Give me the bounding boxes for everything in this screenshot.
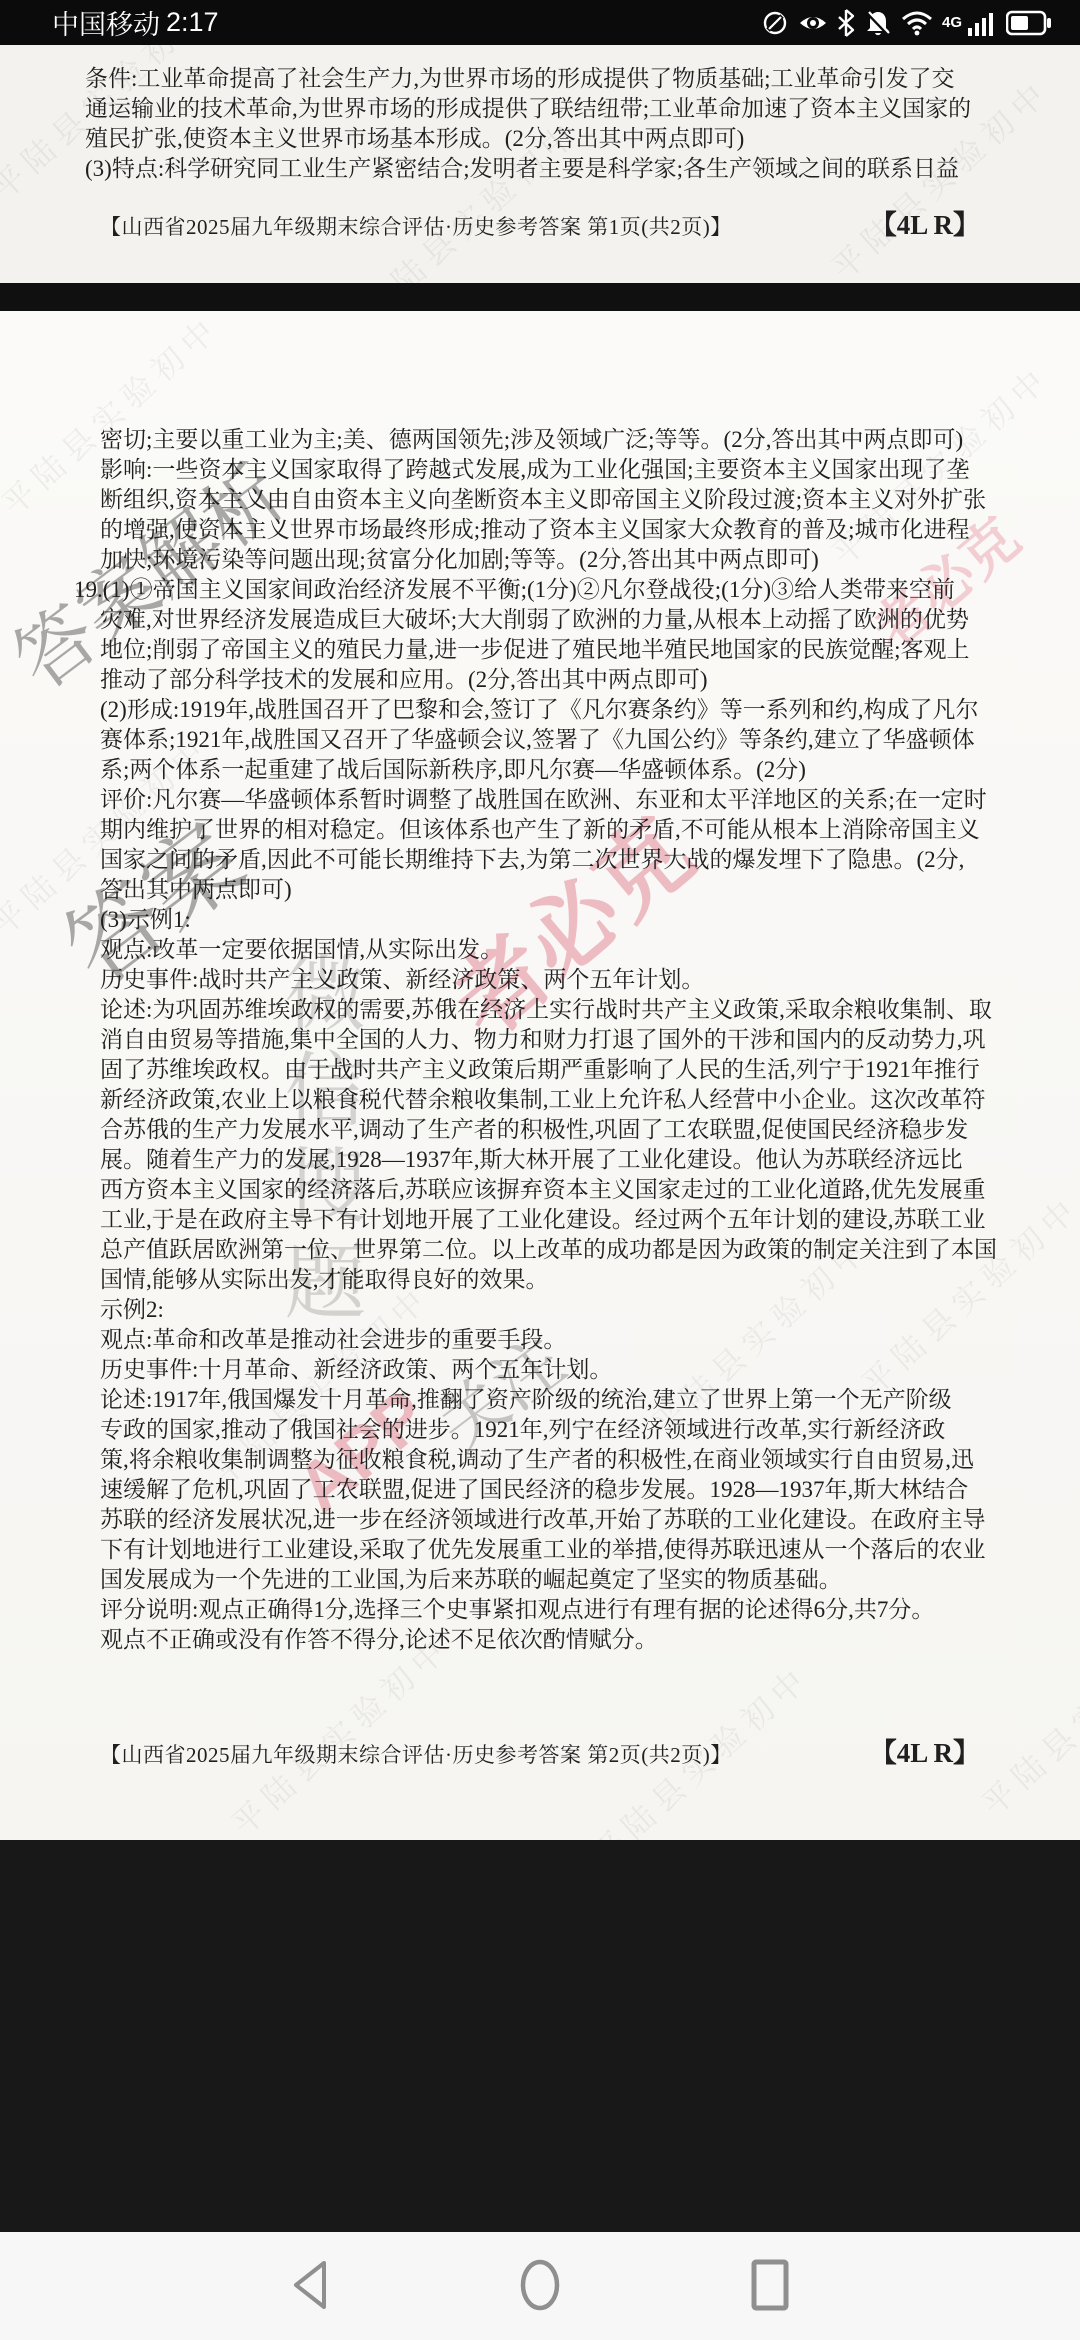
status-time: 2:17 [166, 7, 219, 38]
doc-line: 消自由贸易等措施,集中全国的人力、物力和财力打退了国外的干涉和国内的反动势力,巩 [100, 1025, 1080, 1055]
doc-line: 加快;环境污染等问题出现;贫富分化加剧;等等。(2分,答出其中两点即可) [100, 545, 1080, 575]
doc-line: 论述:为巩固苏维埃政权的需要,苏俄在经济上实行战时共产主义政策,采取余粮收集制、… [100, 995, 1080, 1025]
network-type-label: 4G [942, 14, 962, 31]
doc-line: 灾难,对世界经济发展造成巨大破坏;大大削弱了欧洲的力量,从根本上动摇了欧洲的优势 [100, 605, 1080, 635]
bluetooth-icon [837, 8, 855, 38]
answer-sheet-page2-photo[interactable]: 平陆县实验初中 平陆县实验初中 平陆县实验初中 平陆县实验初中 平陆县实验初中 … [0, 311, 1080, 1840]
page2-footer-code: 【4L R】 [870, 1731, 980, 1770]
page1-footer-title: 【山西省2025届九年级期末综合评估·历史参考答案 第1页(共2页)】 [100, 211, 732, 241]
letterbox [0, 1840, 1080, 2232]
doc-line: 速缓解了危机,巩固了工农联盟,促进了国民经济的稳步发展。1928—1937年,斯… [100, 1475, 1080, 1505]
doc-line: 国情,能够从实际出发,才能取得良好的效果。 [100, 1265, 1080, 1295]
doc-line: (2)形成:1919年,战胜国召开了巴黎和会,签订了《凡尔赛条约》等一系列和约,… [100, 695, 1080, 725]
eye-protection-icon [798, 9, 828, 37]
doc-line: 专政的国家,推动了俄国社会的进步。1921年,列宁在经济领域进行改革,实行新经济… [100, 1415, 1080, 1445]
wifi-icon [901, 9, 933, 37]
recents-icon [750, 2258, 790, 2315]
doc-line: 系;两个体系一起重建了战后国际新秩序,即凡尔赛—华盛顿体系。(2分) [100, 755, 1080, 785]
signal-bars-icon [967, 9, 997, 37]
doc-line: (3)示例1: [100, 905, 1080, 935]
answer-sheet-page1-photo[interactable]: 平陆县实验初中 平陆县实验初中 平陆县实验初中 条件:工业革命提高了社会生产力,… [0, 45, 1080, 283]
doc-line: 历史事件:十月革命、新经济政策、两个五年计划。 [100, 1355, 1080, 1385]
doc-line: 通运输业的技术革命,为世界市场的形成提供了联结纽带;工业革命加速了资本主义国家的 [85, 94, 1080, 124]
doc-line: 的增强,使资本主义世界市场最终形成;推动了资本主义国家大众教育的普及;城市化进程 [100, 515, 1080, 545]
doc-line: 答出其中两点即可) [100, 875, 1080, 905]
doc-line: 推动了部分科学技术的发展和应用。(2分,答出其中两点即可) [100, 665, 1080, 695]
doc-line-q19: 19.(1)①帝国主义国家间政治经济发展不平衡;(1分)②凡尔登战役;(1分)③… [74, 575, 1080, 605]
mute-icon [864, 9, 892, 37]
doc-line: 示例2: [100, 1295, 1080, 1325]
doc-line: 固了苏维埃政权。由于战时共产主义政策后期严重影响了人民的生活,列宁于1921年推… [100, 1055, 1080, 1085]
page2-footer-title: 【山西省2025届九年级期末综合评估·历史参考答案 第2页(共2页)】 [100, 1739, 732, 1769]
doc-line: 合苏俄的生产力发展水平,调动了生产者的积极性,巩固了工农联盟,促使国民经济稳步发 [100, 1115, 1080, 1145]
page-separator [0, 283, 1080, 311]
doc-line: 赛体系;1921年,战胜国又召开了华盛顿会议,签署了《九国公约》等条约,建立了华… [100, 725, 1080, 755]
page2-footer: 【山西省2025届九年级期末综合评估·历史参考答案 第2页(共2页)】 【4L … [0, 1731, 1080, 1770]
data-saver-icon [761, 9, 789, 37]
doc-line: 展。随着生产力的发展,1928—1937年,斯大林开展了工业化建设。他认为苏联经… [100, 1145, 1080, 1175]
doc-line: 观点:改革一定要依据国情,从实际出发。 [100, 935, 1080, 965]
doc-line: 殖民扩张,使资本主义世界市场基本形成。(2分,答出其中两点即可) [85, 124, 1080, 154]
doc-line: 国发展成为一个先进的工业国,为后来苏联的崛起奠定了坚实的物质基础。 [100, 1565, 1080, 1595]
doc-line: 断组织,资本主义由自由资本主义向垄断资本主义即帝国主义阶段过渡;资本主义对外扩张 [100, 485, 1080, 515]
page1-footer: 【山西省2025届九年级期末综合评估·历史参考答案 第1页(共2页)】 【4L … [0, 203, 1080, 242]
recents-button[interactable] [734, 2250, 806, 2322]
page1-footer-code: 【4L R】 [870, 203, 980, 242]
doc-line: 西方资本主义国家的经济落后,苏联应该摒弃资本主义国家走过的工业化道路,优先发展重 [100, 1175, 1080, 1205]
doc-line: 工业,于是在政府主导下有计划地开展了工业化建设。经过两个五年计划的建设,苏联工业 [100, 1205, 1080, 1235]
doc-line: 苏联的经济发展状况,进一步在经济领域进行改革,开始了苏联的工业化建设。在政府主导 [100, 1505, 1080, 1535]
page1-text-block: 条件:工业革命提高了社会生产力,为世界市场的形成提供了物质基础;工业革命引发了交… [0, 45, 1080, 184]
doc-line: 历史事件:战时共产主义政策、新经济政策、两个五年计划。 [100, 965, 1080, 995]
doc-line: 策,将余粮收集制调整为征收粮食税,调动了生产者的积极性,在商业领域实行自由贸易,… [100, 1445, 1080, 1475]
doc-line: 地位;削弱了帝国主义的殖民力量,进一步促进了殖民地半殖民地国家的民族觉醒;客观上 [100, 635, 1080, 665]
doc-line: 总产值跃居欧洲第一位、世界第二位。以上改革的成功都是因为政策的制定关注到了本国 [100, 1235, 1080, 1265]
doc-line: 观点不正确或没有作答不得分,论述不足依次酌情赋分。 [100, 1625, 1080, 1655]
doc-line: 评分说明:观点正确得1分,选择三个史事紧扣观点进行有理有据的论述得6分,共7分。 [100, 1595, 1080, 1625]
doc-line: (3)特点:科学研究同工业生产紧密结合;发明者主要是科学家;各生产领域之间的联系… [85, 154, 1080, 184]
page2-text-block: 密切;主要以重工业为主;美、德两国领先;涉及领域广泛;等等。(2分,答出其中两点… [0, 311, 1080, 1655]
doc-line: 新经济政策,农业上以粮食税代替余粮收集制,工业上允许私人经营中小企业。这次改革符 [100, 1085, 1080, 1115]
home-icon [518, 2258, 562, 2315]
battery-icon [1006, 9, 1052, 37]
doc-line: 密切;主要以重工业为主;美、德两国领先;涉及领域广泛;等等。(2分,答出其中两点… [100, 425, 1080, 455]
doc-line: 影响:一些资本主义国家取得了跨越式发展,成为工业化强国;主要资本主义国家出现了垄 [100, 455, 1080, 485]
doc-line: 下有计划地进行工业建设,采取了优先发展重工业的举措,使得苏联迅速从一个落后的农业 [100, 1535, 1080, 1565]
doc-line: 观点:革命和改革是推动社会进步的重要手段。 [100, 1325, 1080, 1355]
doc-line: 国家之间的矛盾,因此不可能长期维持下去,为第二次世界大战的爆发埋下了隐患。(2分… [100, 845, 1080, 875]
doc-line: 评价:凡尔赛—华盛顿体系暂时调整了战胜国在欧洲、东亚和太平洋地区的关系;在一定时 [100, 785, 1080, 815]
phone-screen: 中国移动 2:17 4G [0, 0, 1080, 2340]
android-nav-bar [0, 2232, 1080, 2340]
carrier-label: 中国移动 [52, 3, 160, 42]
doc-line: 期内维护了世界的相对稳定。但该体系也产生了新的矛盾,不可能从根本上消除帝国主义 [100, 815, 1080, 845]
back-button[interactable] [274, 2250, 346, 2322]
doc-line: 论述:1917年,俄国爆发十月革命,推翻了资产阶级的统治,建立了世界上第一个无产… [100, 1385, 1080, 1415]
home-button[interactable] [504, 2250, 576, 2322]
doc-line: 条件:工业革命提高了社会生产力,为世界市场的形成提供了物质基础;工业革命引发了交 [85, 64, 1080, 94]
back-icon [286, 2259, 334, 2314]
status-bar: 中国移动 2:17 4G [0, 0, 1080, 45]
